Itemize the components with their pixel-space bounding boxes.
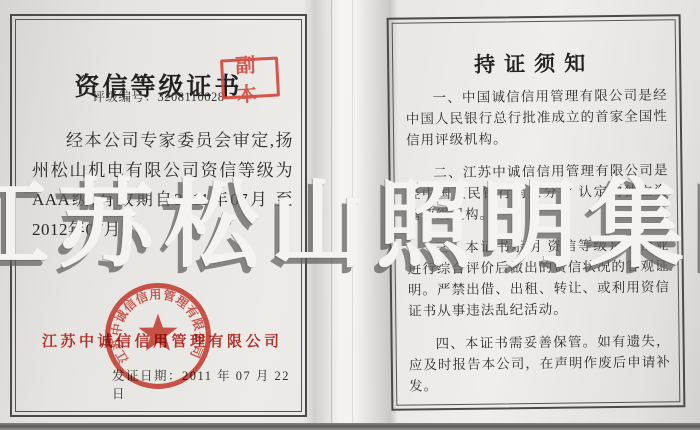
notice-paragraph-1: 一、中国诚信信用管理有限公司是经中国人民银行总行批准成立的首家全国性信用评级机构… <box>405 84 668 150</box>
scanned-certificate: 资信等级证书 评级编号：3208110028 经本公司专家委员会审定,扬州松山机… <box>0 0 700 430</box>
page-stack-edge <box>0 423 700 430</box>
notice-paragraph-2: 二、江苏中诚信信用管理有限公司是经中国人民银行南京分行 认定的独立资信评级机构。 <box>406 159 669 225</box>
notice-body: 一、中国诚信信用管理有限公司是经中国人民银行总行批准成立的首家全国性信用评级机构… <box>405 84 671 408</box>
rating-number-label: 评级编号： <box>92 90 157 104</box>
certificate-left-page: 资信等级证书 评级编号：3208110028 经本公司专家委员会审定,扬州松山机… <box>10 14 307 417</box>
notice-title: 持证须知 <box>389 46 679 80</box>
company-seal-stamp: 江苏中诚信信用管理有限公司 <box>102 280 214 392</box>
fold-crease <box>331 0 332 423</box>
notice-paragraph-4: 四、本证书需妥善保管。如有遗失，应及时报告本公司，在声明作废后申请补发。 <box>408 330 671 396</box>
duplicate-copy-stamp: 副本 <box>220 57 280 100</box>
star-icon <box>138 314 177 351</box>
fold-crease <box>352 0 353 423</box>
duplicate-copy-stamp-label: 副本 <box>235 48 278 108</box>
notice-paragraph-3: 三、本证书示明 资信等级是对企业进行综合评价后做出的资信状况的客观证明。严禁出借… <box>407 234 670 321</box>
rating-number-value: 3208110028 <box>157 90 224 104</box>
certificate-right-page: 持证须知 一、中国诚信信用管理有限公司是经中国人民银行总行批准成立的首家全国性信… <box>387 14 686 411</box>
certificate-body-text: 经本公司专家委员会审定,扬州松山机电有限公司资信等级为AAA级,有效期自2011… <box>32 126 293 244</box>
page-fold <box>303 0 398 423</box>
